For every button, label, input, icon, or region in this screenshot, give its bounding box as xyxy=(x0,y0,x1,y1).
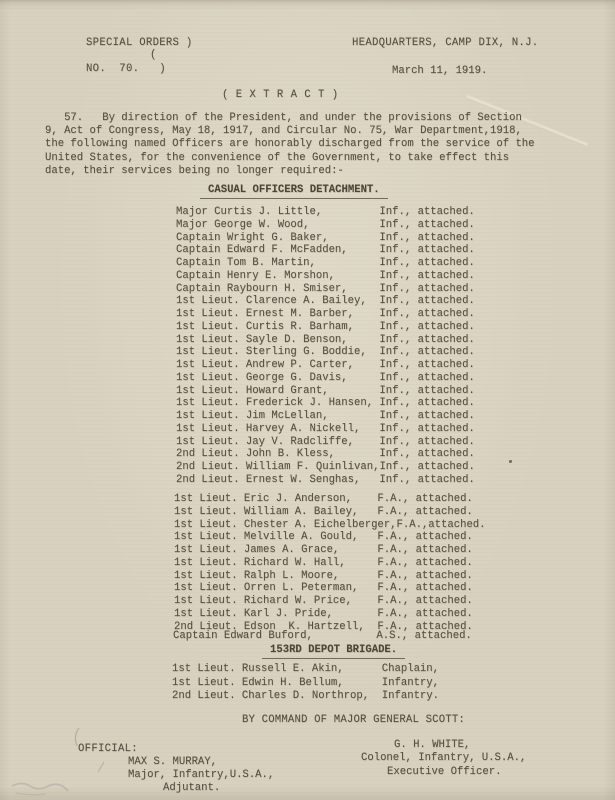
roster-row: 1st Lieut. Jim McLellan,Inf., attached. xyxy=(176,410,475,423)
officer-name: Captain Henry E. Morshon, xyxy=(176,270,379,283)
officer-unit: F.A., attached. xyxy=(377,531,472,543)
officer-unit: Inf., attached. xyxy=(379,295,474,307)
officer-unit: F.A., attached. xyxy=(377,570,472,582)
officer-name: 1st Lieut. Ernest M. Barber, xyxy=(176,308,379,321)
roster-row: 1st Lieut. Melville A. Gould,F.A., attac… xyxy=(174,531,486,544)
date-line: March 11, 1919. xyxy=(392,65,487,78)
roster-row: 1st Lieut. Clarence A. Bailey,Inf., atta… xyxy=(176,295,475,308)
headquarters-line: HEADQUARTERS, CAMP DIX, N.J. xyxy=(352,37,538,50)
adjutant-signature-role: Adjutant. xyxy=(163,782,220,795)
officer-name: 2nd Lieut. Charles D. Northrop, xyxy=(172,690,382,704)
roster-row: 1st Lieut. Frederick J. Hansen,Inf., att… xyxy=(176,397,475,410)
by-command-line: BY COMMAND OF MAJOR GENERAL SCOTT: xyxy=(242,714,465,727)
officer-unit: F.A., attached. xyxy=(377,582,472,594)
roster-row: 1st Lieut. Eric J. Anderson,F.A., attach… xyxy=(174,493,486,506)
order-number: NO. 70. ) xyxy=(86,63,166,76)
officer-unit: Inf., attached. xyxy=(379,346,474,358)
extract-heading: ( E X T R A C T ) xyxy=(222,89,339,102)
officer-name: 1st Lieut. Jay V. Radcliffe, xyxy=(176,436,379,449)
officer-name: 1st Lieut. Frederick J. Hansen, xyxy=(176,397,379,410)
officer-name: 1st Lieut. George G. Davis, xyxy=(176,372,379,385)
officer-unit: Inf., attached. xyxy=(379,321,474,333)
casual-field-artillery-roster: 1st Lieut. Eric J. Anderson,F.A., attach… xyxy=(174,493,486,633)
roster-row: 1st Lieut. Sterling G. Boddie,Inf., atta… xyxy=(176,346,475,359)
officer-unit: Inf., attached. xyxy=(379,283,474,295)
officer-unit: F.A., attached. xyxy=(377,493,472,505)
adjutant-signature-name: MAX S. MURRAY, xyxy=(128,756,217,769)
roster-row: Major Curtis J. Little,Inf., attached. xyxy=(176,206,475,219)
officer-name: Captain Raybourn H. Smiser, xyxy=(176,283,379,296)
roster-row: Captain Wright G. Baker,Inf., attached. xyxy=(176,232,475,245)
roster-row: 1st Lieut. Richard W. Price,F.A., attach… xyxy=(174,595,486,608)
officer-name: 1st Lieut. Edwin H. Bellum, xyxy=(172,677,382,691)
officer-name: 1st Lieut. James A. Grace, xyxy=(174,544,377,557)
officer-name: 1st Lieut. Russell E. Akin, xyxy=(172,663,382,677)
roster-row: Captain Edward Buford,A.S., attached. xyxy=(173,630,472,643)
officer-name: 1st Lieut. Chester A. Eichelberger, xyxy=(174,519,397,532)
officer-name: 1st Lieut. Ralph L. Moore, xyxy=(174,570,377,583)
adjutant-signature-title: Major, Infantry,U.S.A., xyxy=(128,769,274,782)
roster-row: 1st Lieut. Ernest M. Barber,Inf., attach… xyxy=(176,308,475,321)
officer-unit: Inf., attached. xyxy=(379,423,474,435)
executive-signature-role: Executive Officer. xyxy=(387,766,501,779)
roster-row: 1st Lieut. James A. Grace,F.A., attached… xyxy=(174,544,486,557)
officer-unit: Inf., attached. xyxy=(379,270,474,282)
officer-unit: Inf., attached. xyxy=(379,474,474,486)
roster-row: 1st Lieut. Andrew P. Carter,Inf., attach… xyxy=(176,359,475,372)
special-orders-label: SPECIAL ORDERS ) xyxy=(86,37,193,50)
officer-name: 1st Lieut. Melville A. Gould, xyxy=(174,531,377,544)
roster-row: 2nd Lieut. Charles D. Northrop,Infantry. xyxy=(172,690,439,704)
officer-unit: Inf., attached. xyxy=(379,385,474,397)
officer-name: Major Curtis J. Little, xyxy=(176,206,379,219)
officer-name: 1st Lieut. Curtis R. Barham, xyxy=(176,321,379,334)
officer-name: Captain Tom B. Martin, xyxy=(176,257,379,270)
officer-name: Major George W. Wood, xyxy=(176,219,379,232)
officer-name: 1st Lieut. William A. Bailey, xyxy=(174,506,377,519)
roster-row: 1st Lieut. Chester A. Eichelberger,F.A.,… xyxy=(174,519,486,532)
roster-row: 1st Lieut. Ralph L. Moore,F.A., attached… xyxy=(174,570,486,583)
roster-row: 1st Lieut. Russell E. Akin,Chaplain, xyxy=(172,663,439,677)
roster-row: 1st Lieut. Edwin H. Bellum,Infantry, xyxy=(172,677,439,691)
roster-row: Captain Edward F. McFadden,Inf., attache… xyxy=(176,244,475,257)
officer-name: 2nd Lieut. Ernest W. Senghas, xyxy=(176,474,379,487)
officer-name: 1st Lieut. Richard W. Hall, xyxy=(174,557,377,570)
roster-row: 1st Lieut. Karl J. Pride,F.A., attached. xyxy=(174,608,486,621)
roster-row: 1st Lieut. George G. Davis,Inf., attache… xyxy=(176,372,475,385)
officer-name: 1st Lieut. Sterling G. Boddie, xyxy=(176,346,379,359)
roster-row: 1st Lieut. Orren L. Peterman,F.A., attac… xyxy=(174,582,486,595)
officer-unit: Inf., attached. xyxy=(379,410,474,422)
officer-unit: A.S., attached. xyxy=(376,630,471,642)
officer-unit: Inf., attached. xyxy=(379,397,474,409)
officer-unit: Chaplain, xyxy=(382,663,439,675)
depot-brigade-roster: 1st Lieut. Russell E. Akin,Chaplain, 1st… xyxy=(172,663,439,704)
officer-name: 2nd Lieut. John B. Kless, xyxy=(176,448,379,461)
officer-unit: Inf., attached. xyxy=(379,372,474,384)
officer-name: 1st Lieut. Eric J. Anderson, xyxy=(174,493,377,506)
officer-unit: Inf., attached. xyxy=(379,436,474,448)
roster-row: 2nd Lieut. Ernest W. Senghas,Inf., attac… xyxy=(176,474,475,487)
officer-unit: Inf., attached. xyxy=(379,257,474,269)
officer-unit: F.A., attached. xyxy=(377,544,472,556)
roster-row: Major George W. Wood,Inf., attached. xyxy=(176,219,475,232)
officer-name: 2nd Lieut. William F. Quinlivan, xyxy=(176,461,379,474)
officer-unit: F.A., attached. xyxy=(377,557,472,569)
officer-name: 1st Lieut. Andrew P. Carter, xyxy=(176,359,379,372)
officer-name: 1st Lieut. Orren L. Peterman, xyxy=(174,582,377,595)
officer-unit: Inf., attached. xyxy=(379,308,474,320)
officer-unit: F.A., attached. xyxy=(377,595,472,607)
casual-infantry-roster: Major Curtis J. Little,Inf., attached. M… xyxy=(176,206,475,487)
officer-name: 1st Lieut. Harvey A. Nickell, xyxy=(176,423,379,436)
officer-name: 1st Lieut. Howard Grant, xyxy=(176,385,379,398)
officer-unit: Inf., attached. xyxy=(379,232,474,244)
roster-row: 1st Lieut. Richard W. Hall,F.A., attache… xyxy=(174,557,486,570)
roster-row: 1st Lieut. Harvey A. Nickell,Inf., attac… xyxy=(176,423,475,436)
depot-brigade-heading: 153RD DEPOT BRIGADE. xyxy=(262,644,405,659)
officer-unit: Inf., attached. xyxy=(379,461,474,473)
ink-speck xyxy=(509,460,512,463)
officer-name: Captain Edward F. McFadden, xyxy=(176,244,379,257)
executive-signature-name: G. H. WHITE, xyxy=(394,739,470,752)
officer-unit: Inf., attached. xyxy=(379,219,474,231)
roster-row: 1st Lieut. William A. Bailey,F.A., attac… xyxy=(174,506,486,519)
officer-name: 1st Lieut. Sayle D. Benson, xyxy=(176,334,379,347)
roster-row: 1st Lieut. Sayle D. Benson,Inf., attache… xyxy=(176,334,475,347)
order-paragraph: 57. By direction of the President, and u… xyxy=(45,112,535,178)
officer-unit: F.A., attached. xyxy=(377,506,472,518)
roster-row: Captain Tom B. Martin,Inf., attached. xyxy=(176,257,475,270)
officer-unit: Inf., attached. xyxy=(379,448,474,460)
officer-unit: Inf., attached. xyxy=(379,206,474,218)
roster-row: 2nd Lieut. William F. Quinlivan,Inf., at… xyxy=(176,461,475,474)
officer-name: Captain Edward Buford, xyxy=(173,630,376,643)
officer-name: 1st Lieut. Richard W. Price, xyxy=(174,595,377,608)
officer-unit: F.A., attached. xyxy=(377,608,472,620)
official-label: OFFICIAL: xyxy=(78,743,138,756)
officer-unit: Infantry. xyxy=(382,690,439,702)
roster-row: 1st Lieut. Jay V. Radcliffe,Inf., attach… xyxy=(176,436,475,449)
roster-row: 2nd Lieut. John B. Kless,Inf., attached. xyxy=(176,448,475,461)
officer-unit: Inf., attached. xyxy=(379,334,474,346)
document-page: { "doc": { "header": { "special_orders":… xyxy=(0,0,615,800)
officer-unit: F.A.,attached. xyxy=(397,519,486,531)
officer-unit: Infantry, xyxy=(382,677,439,689)
officer-unit: Inf., attached. xyxy=(379,244,474,256)
roster-row: Captain Raybourn H. Smiser,Inf., attache… xyxy=(176,283,475,296)
orders-brace: ( xyxy=(150,49,156,62)
officer-name: Captain Wright G. Baker, xyxy=(176,232,379,245)
executive-signature-title: Colonel, Infantry, U.S.A., xyxy=(361,752,526,765)
casual-detachment-heading: CASUAL OFFICERS DETACHMENT. xyxy=(200,184,388,199)
casual-air-service-roster: Captain Edward Buford,A.S., attached. xyxy=(173,630,472,643)
roster-row: 1st Lieut. Curtis R. Barham,Inf., attach… xyxy=(176,321,475,334)
officer-name: 1st Lieut. Karl J. Pride, xyxy=(174,608,377,621)
roster-row: 1st Lieut. Howard Grant,Inf., attached. xyxy=(176,385,475,398)
officer-name: 1st Lieut. Clarence A. Bailey, xyxy=(176,295,379,308)
officer-name: 1st Lieut. Jim McLellan, xyxy=(176,410,379,423)
officer-unit: Inf., attached. xyxy=(379,359,474,371)
roster-row: Captain Henry E. Morshon,Inf., attached. xyxy=(176,270,475,283)
